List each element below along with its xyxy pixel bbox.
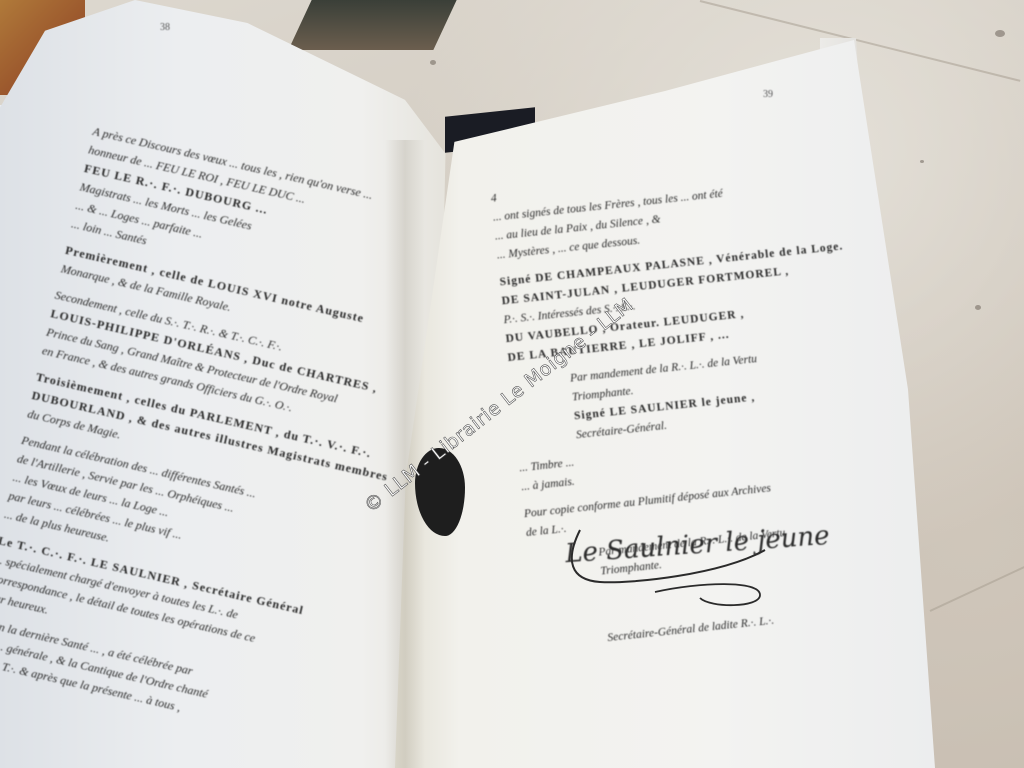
background-book-dark xyxy=(288,0,456,50)
floor-speck xyxy=(975,305,981,310)
floor-speck xyxy=(995,30,1005,37)
floor-speck xyxy=(920,160,924,163)
right-page-number: 39 xyxy=(763,89,773,100)
floor-speck xyxy=(430,60,436,65)
left-page-number: 38 xyxy=(160,22,170,33)
